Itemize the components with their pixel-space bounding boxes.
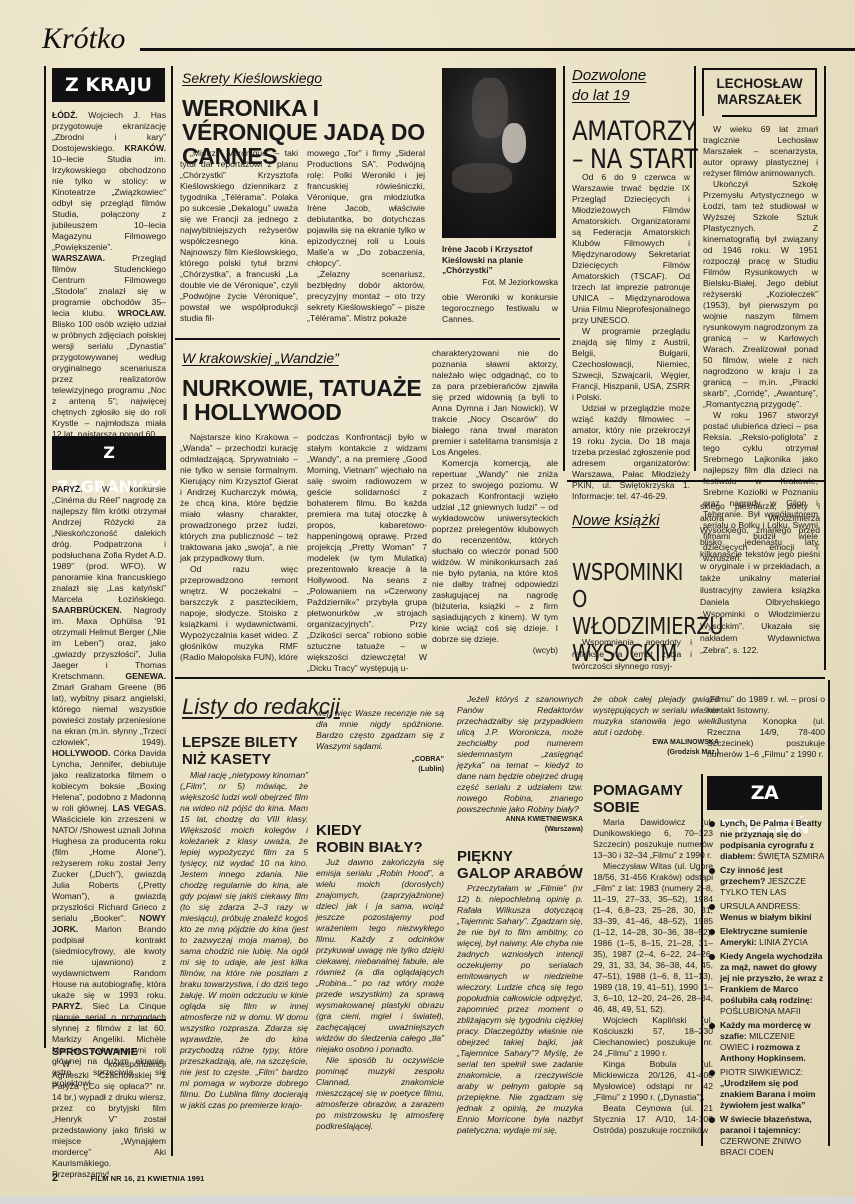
- za-tydzien-left-rule: [701, 774, 703, 1146]
- z-kraju-banner: Z KRAJU: [52, 68, 165, 102]
- footer: 2 FILM NR 16, 21 KWIETNIA 1991: [52, 1168, 432, 1182]
- weronika-bottom-rule: [175, 338, 560, 340]
- za-tydzien-banner: ZA TYDZIEŃ: [707, 776, 822, 810]
- page-number: 2: [52, 1172, 58, 1184]
- letter3-continued: że obok całej plejady gwiazd występujący…: [593, 694, 719, 758]
- wanda-signature: (wcyb): [432, 645, 558, 656]
- letter2-text: Już dawno zakończyła się emisja serialu …: [316, 857, 444, 1132]
- amatorzy-left-rule: [563, 66, 565, 471]
- marszalek-title-underline: [722, 115, 817, 117]
- za-tydzien-list: Lynch, De Palma i Beatty nie przyznają s…: [707, 818, 825, 1161]
- za-tydzien-item: Kiedy Angela wychodziła za mąż, nawet do…: [707, 951, 825, 1017]
- photo-caption-text: Irène Jacob i Krzysztof Kieślowski na pl…: [442, 244, 558, 276]
- za-tydzien-right-rule: [828, 680, 830, 1146]
- kieslowski-photo: [442, 68, 556, 238]
- marszalek-left-rule: [694, 66, 696, 471]
- letter3-title: PIĘKNY GALOP ARABÓW: [457, 848, 587, 882]
- letter3-text: Przeczytałam w „Filmie” (nr 12) b. niepo…: [457, 883, 583, 1136]
- photo-credit: Fot. M Jeziorkowska: [442, 277, 558, 288]
- za-tydzien-item: Lynch, De Palma i Beatty nie przyznają s…: [707, 818, 825, 862]
- za-tydzien-item: Czy inność jest grzechem? JESZCZE TYLKO …: [707, 865, 825, 898]
- letter2-continued: Jeżeli któryś z szanownych Panów Redakto…: [457, 694, 583, 835]
- letter1-title: LEPSZE BILETY NIŻ KASETY: [182, 734, 312, 768]
- pomagamy-continued: „Filmu” do 1989 r. wł. – prosi o kontakt…: [707, 694, 825, 760]
- marszalek-right-rule: [824, 66, 826, 670]
- section-rule: [140, 48, 855, 51]
- nowe-ksiazki-col1: Wspomnienia, anegdoty i refleksje na tem…: [572, 636, 692, 672]
- z-zagranicy-text: PARYŻ. W konkursie „Cinéma du Réel” nagr…: [52, 484, 166, 1089]
- sprostowanie-box: SPROSTOWANIE W korespondencji Agnieszki …: [52, 1046, 166, 1180]
- za-tydzien-item: PIOTR SIWKIEWICZ: „Urodziłem się pod zna…: [707, 1067, 825, 1111]
- left-column-rule: [44, 66, 46, 1048]
- marszalek-text: W wieku 69 lat zmarł tragicznie Lechosła…: [703, 124, 818, 564]
- wanda-col3: charakteryzowani nie do poznania sławni …: [432, 348, 558, 656]
- sprostowanie-rule: [56, 1019, 166, 1021]
- pomagamy-text: Maria Dawidowicz (ul. Dunikowskiego 6, 7…: [593, 817, 713, 1136]
- nowe-ksiazki-kicker: Nowe książki: [572, 512, 660, 529]
- pomagamy-title: POMAGAMY SOBIE: [593, 782, 713, 816]
- photo-figure-hand: [502, 123, 526, 163]
- photo-caption: Irène Jacob i Krzysztof Kieślowski na pl…: [442, 244, 558, 325]
- city-name: PARYŻ.: [52, 484, 83, 494]
- weronika-kicker: Sekrety Kieślowskiego: [182, 70, 322, 86]
- z-kraju-text: ŁÓDŹ. Wojciech J. Has przygotowuje ekran…: [52, 110, 166, 440]
- za-tydzien-item: Elektryczne sumienie Ameryki: LINIA ŻYCI…: [707, 926, 825, 948]
- amatorzy-headline: AMATORZY – NA START: [572, 118, 700, 174]
- sprostowanie-title: SPROSTOWANIE: [52, 1046, 166, 1059]
- weronika-col1: „Mistrz i Véronique” – taki tytuł dał re…: [180, 148, 298, 324]
- city-name: WROCŁAW.: [118, 308, 166, 318]
- issue-info: FILM NR 16, 21 KWIETNIA 1991: [91, 1174, 205, 1183]
- letter2-signature: ANNA KWIETNIEWSKA (Warszawa): [457, 815, 583, 835]
- wanda-col2: podczas Konfrontacji było w stałym konta…: [307, 432, 427, 674]
- za-tydzien-item: URSULA ANDRESS: Wenus w białym bikini: [707, 901, 825, 923]
- z-kraju-label: Z KRAJU: [65, 74, 152, 96]
- letter1-col1: Miał rację „nietypowy kinoman” („Film”, …: [180, 770, 308, 1111]
- city-name: GENEWA.: [125, 671, 166, 681]
- city-name: HOLLYWOOD.: [52, 748, 110, 758]
- section-header: Krótko: [42, 22, 855, 58]
- city-name: SAARBRÜCKEN.: [52, 605, 122, 615]
- weronika-col2: mowego „Tor” i firmy „Sideral Production…: [307, 148, 425, 324]
- section-title: Krótko: [42, 22, 125, 55]
- amatorzy-kicker: Dozwolone do lat 19: [572, 66, 646, 106]
- photo-figure-face: [472, 78, 508, 138]
- letter3-signature: EWA MALINOWSKA (Grodzisk Maz.): [593, 738, 719, 758]
- letter1-signature: „COBRA” (Lublin): [316, 755, 444, 775]
- city-name: ŁÓDŹ.: [52, 110, 78, 120]
- nowe-ksiazki-top-rule: [567, 480, 824, 482]
- za-tydzien-item: W świecie błazeństwa, paranoi i tajemnic…: [707, 1114, 825, 1158]
- city-name: PARYŻ.: [52, 1001, 83, 1011]
- page-edge: [0, 1196, 855, 1204]
- city-name: LAS VEGAS.: [113, 803, 166, 813]
- letter2-title: KIEDY ROBIN BIAŁY?: [316, 822, 446, 856]
- photo-figure-arm: [452, 163, 512, 193]
- nowe-ksiazki-col2: skiego pieśniarza, poety i aktora Włodzi…: [700, 500, 820, 656]
- sprostowanie-text: W korespondencji Agnieszki Czachowskiej …: [52, 1059, 166, 1180]
- z-zagranicy-banner: Z ZAGRANICY: [52, 436, 166, 470]
- left-column-rule-right-lower: [171, 676, 173, 1156]
- wanda-col1: Najstarsze kino Krakowa – „Wanda” – prze…: [180, 432, 298, 663]
- marszalek-title-box: LECHOSŁAW MARSZAŁEK: [702, 68, 817, 116]
- wanda-kicker: W krakowskiej „Wandzie”: [182, 350, 339, 366]
- weronika-ending: obie Weroniki w konkursie tegorocznego f…: [442, 292, 558, 325]
- amatorzy-text: Od 6 do 9 czerwca w Warszawie trwać będz…: [572, 172, 690, 502]
- city-name: WARSZAWA.: [52, 253, 105, 263]
- listy-top-rule: [175, 677, 825, 679]
- left-column-rule-right: [171, 66, 173, 676]
- city-name: KRAKÓW.: [124, 143, 166, 153]
- wanda-headline: NURKOWIE, TATUAŻE I HOLLYWOOD: [182, 376, 422, 424]
- za-tydzien-item: Każdy ma mordercę w szafie: MILCZENIE OW…: [707, 1020, 825, 1064]
- letter1-col2: wej, więc Wasze recenzje nie są dla mnie…: [316, 708, 444, 775]
